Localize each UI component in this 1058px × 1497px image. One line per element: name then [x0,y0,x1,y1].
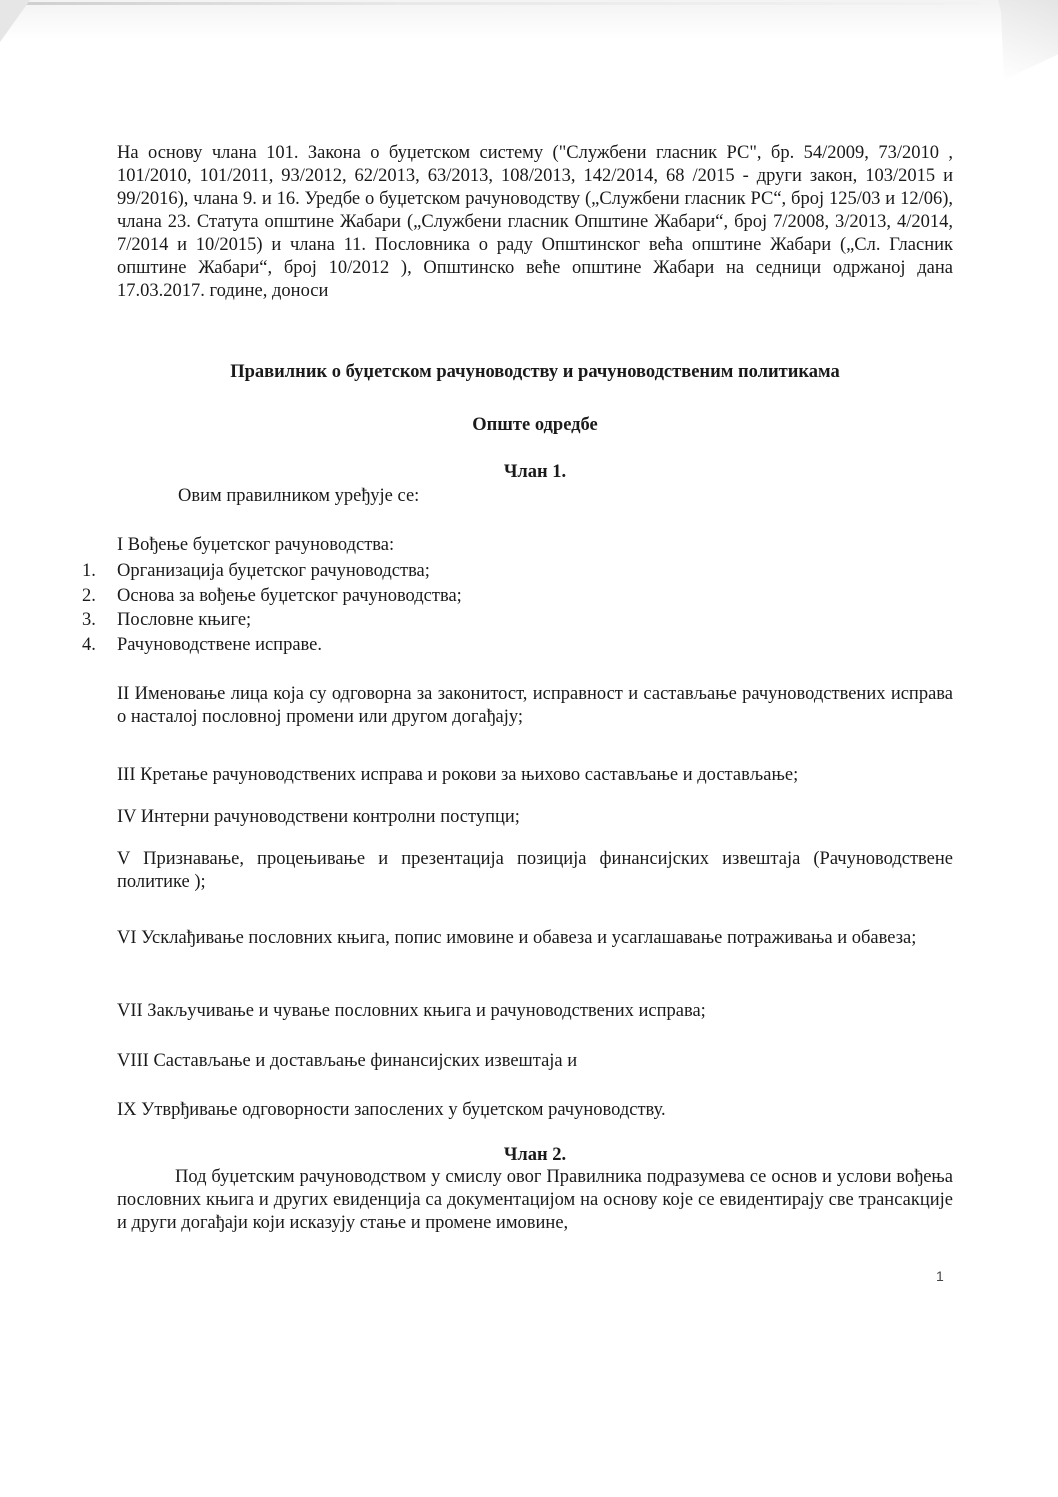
section-vii: VII Закључивање и чување пословних књига… [117,1000,953,1023]
list-number: 2. [82,584,117,609]
scanned-page: На основу члана 101. Закона о буџетском … [0,0,1058,1497]
list-text: Пословне књиге; [117,608,251,633]
section-i: I Вођење буџетског рачуноводства: [117,535,394,556]
section-ix: IX Утврђивање одговорности запослених у … [117,1099,953,1122]
folded-corner-right [998,0,1058,80]
list-item: 1. Организација буџетског рачуноводства; [82,559,462,584]
section-ii: II Именовање лица која су одговорна за з… [117,683,953,729]
section-iv: IV Интерни рачуноводствени контролни пос… [117,806,953,829]
list-number: 3. [82,608,117,633]
list-text: Организација буџетског рачуноводства; [117,559,430,584]
preamble-text: На основу члана 101. Закона о буџетском … [117,142,953,303]
article-1-lead: Овим правилником уређује се: [178,486,419,507]
article-2-body: Под буџетским рачуноводством у смислу ов… [117,1166,953,1235]
list-text: Рачуноводствене исправе. [117,633,322,658]
document-title: Правилник о буџетском рачуноводству и ра… [117,362,953,383]
preamble: На основу члана 101. Закона о буџетском … [117,142,953,303]
page-number: 1 [936,1268,944,1284]
list-item: 3. Пословне књиге; [82,608,462,633]
list-item: 2. Основа за вођење буџетског рачуноводс… [82,584,462,609]
paper-top-edge [20,2,980,5]
list-text: Основа за вођење буџетског рачуноводства… [117,584,462,609]
section-viii: VIII Састављање и достављање финансијски… [117,1050,953,1073]
folded-corner-left [0,0,30,42]
list-item: 4. Рачуноводствене исправе. [82,633,462,658]
article-1-heading: Члан 1. [117,462,953,483]
section-v: V Признавање, процењивање и презентација… [117,848,953,894]
list-number: 4. [82,633,117,658]
section-vi: VI Усклађивање пословних књига, попис им… [117,927,953,950]
list-number: 1. [82,559,117,584]
article-2-heading: Члан 2. [117,1145,953,1166]
numbered-list: 1. Организација буџетског рачуноводства;… [82,559,462,657]
section-heading-general-provisions: Опште одредбе [117,415,953,436]
section-iii: III Кретање рачуноводствених исправа и р… [117,764,953,787]
